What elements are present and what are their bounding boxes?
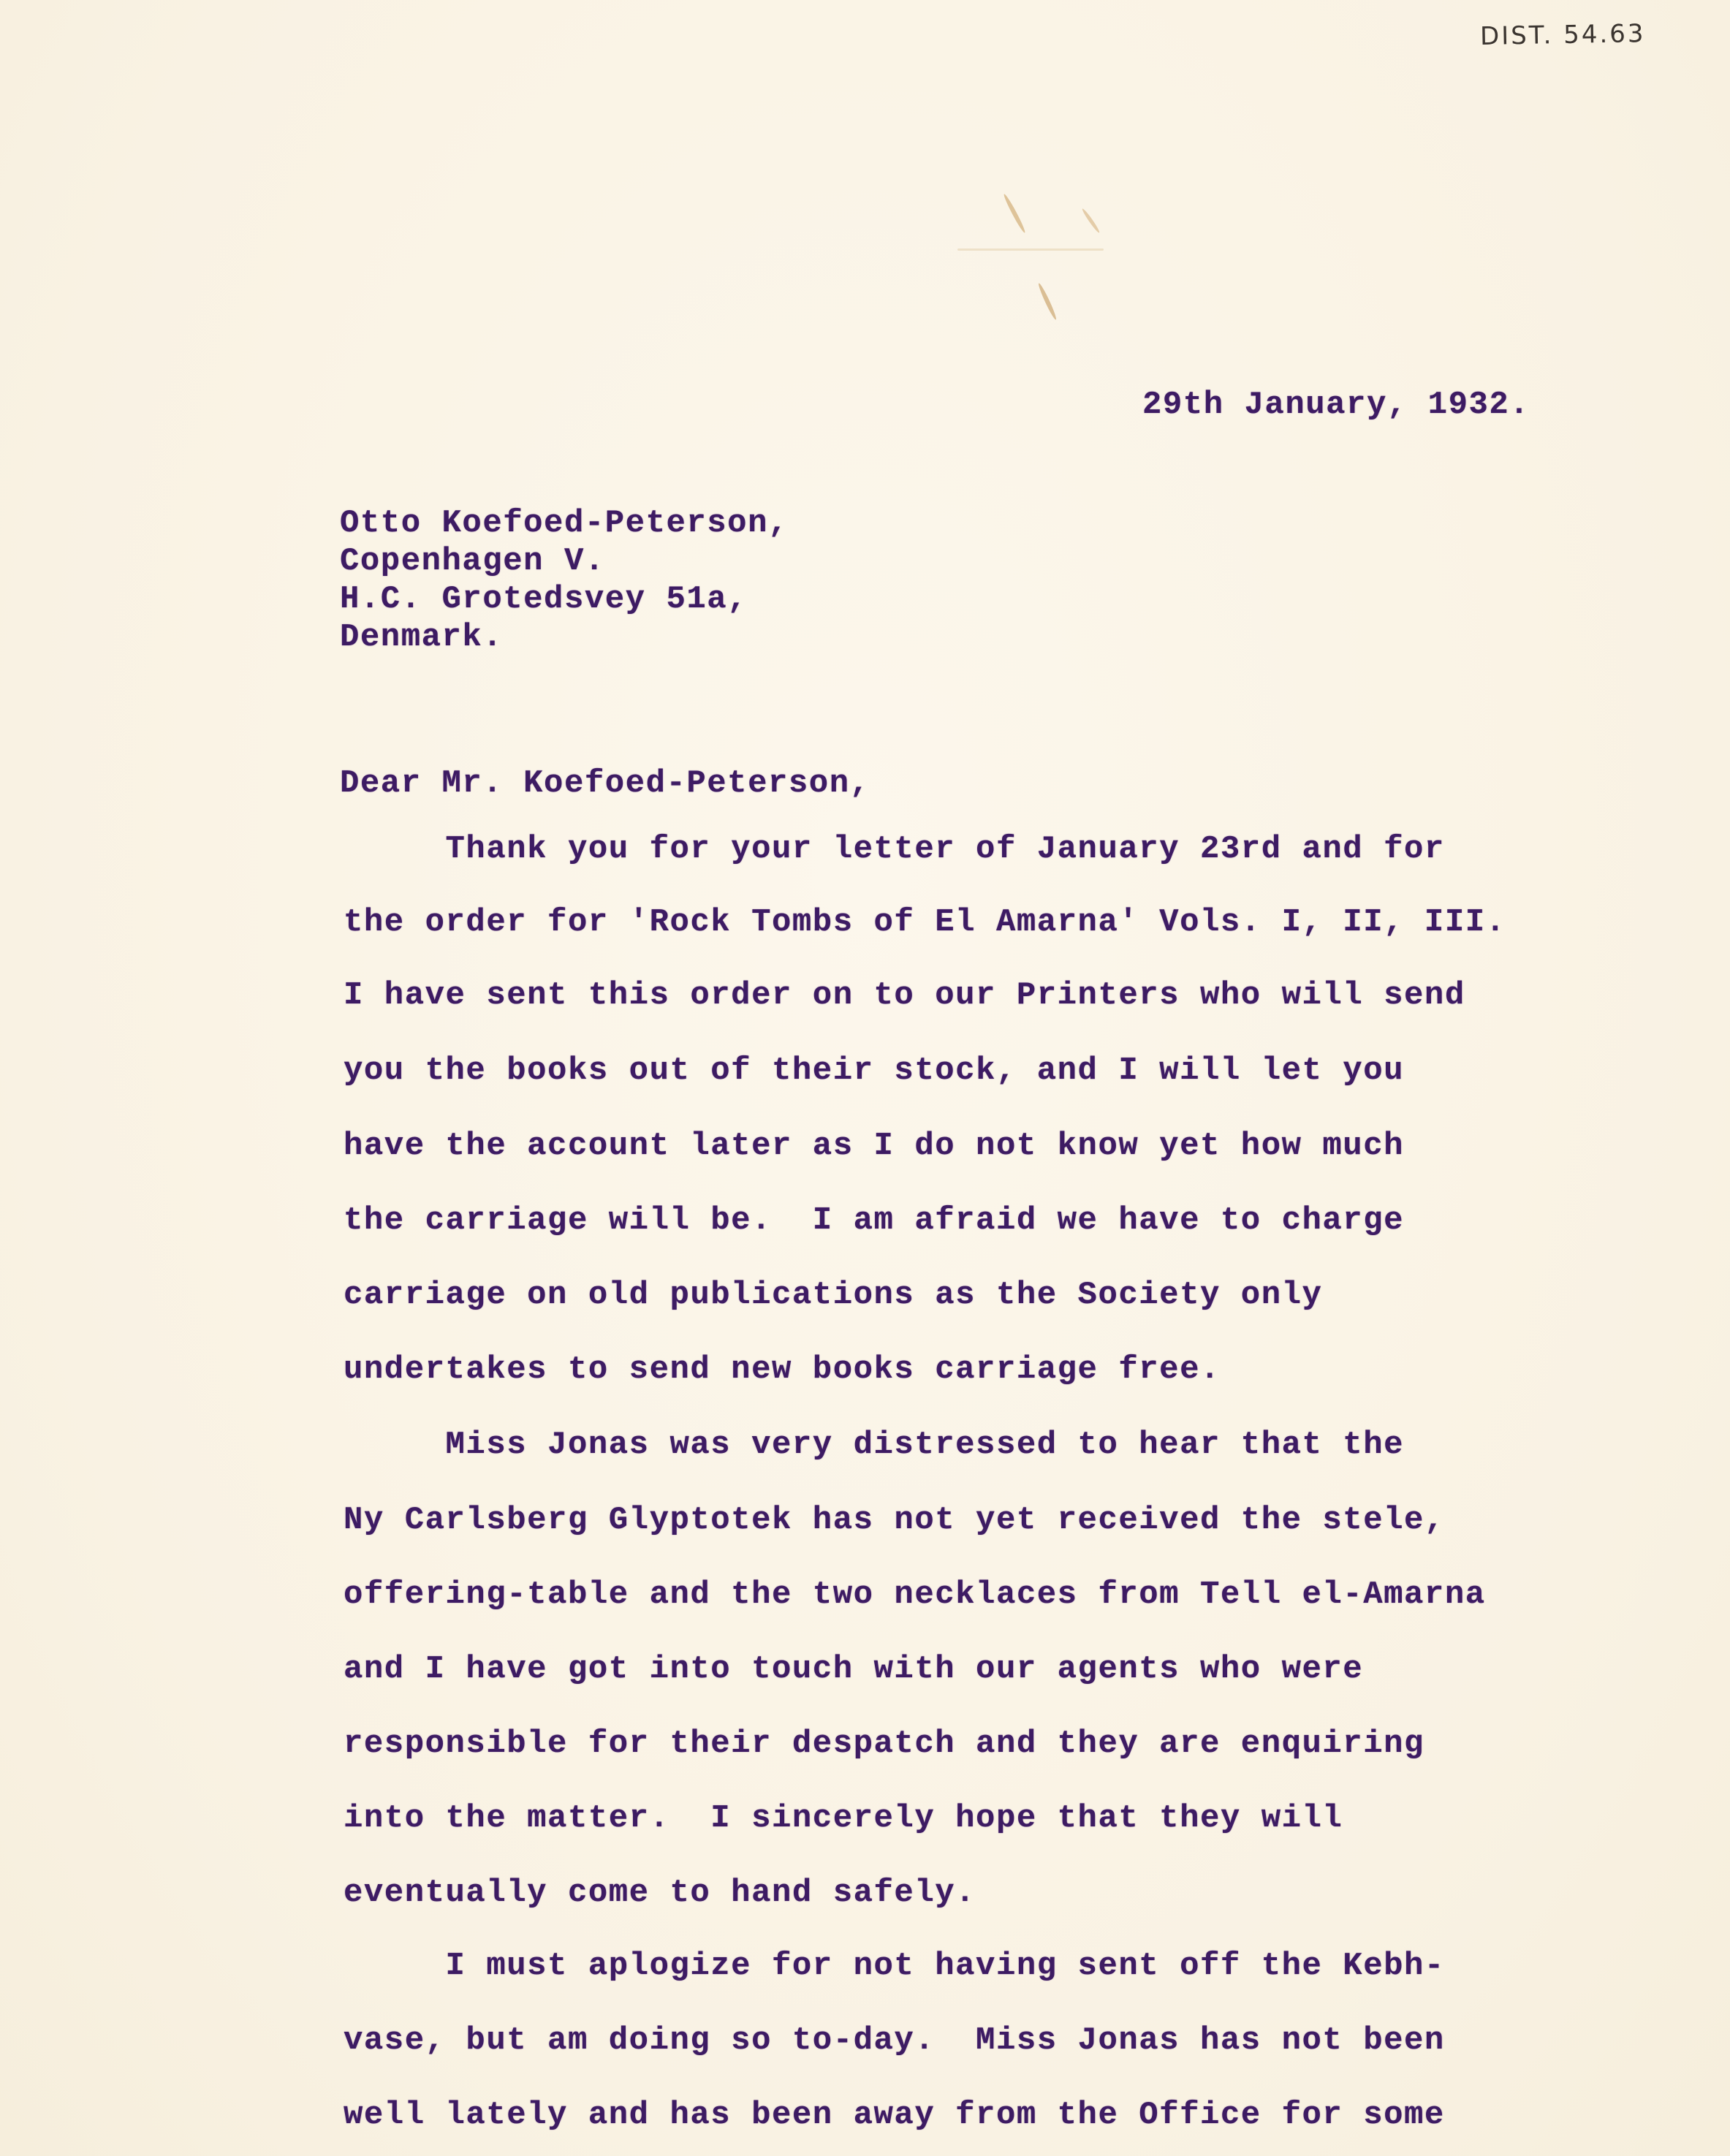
body-text-line: vase, but am doing so to-day. Miss Jonas… — [344, 2024, 1445, 2057]
body-text-line: well lately and has been away from the O… — [344, 2099, 1445, 2131]
paper-stain-mark — [1081, 208, 1101, 234]
body-text-line: the carriage will be. I am afraid we hav… — [344, 1204, 1404, 1237]
body-text-line: responsible for their despatch and they … — [344, 1728, 1424, 1760]
salutation: Dear Mr. Koefoed-Peterson, — [340, 767, 870, 800]
paper-stain-mark — [1037, 282, 1058, 320]
body-text-line: Ny Carlsberg Glyptotek has not yet recei… — [344, 1504, 1445, 1536]
archive-reference-annotation: DIST. 54.63 — [1480, 19, 1646, 51]
body-text-line: offering-table and the two necklaces fro… — [344, 1579, 1486, 1611]
address-line: H.C. Grotedsvey 51a, — [340, 583, 748, 615]
body-text-line: undertakes to send new books carriage fr… — [344, 1354, 1221, 1386]
body-text-line: and I have got into touch with our agent… — [344, 1653, 1363, 1685]
letter-date: 29th January, 1932. — [1142, 389, 1530, 421]
body-text-line: the order for 'Rock Tombs of El Amarna' … — [344, 906, 1506, 938]
address-line: Denmark. — [340, 621, 503, 653]
body-text-line: you the books out of their stock, and I … — [344, 1055, 1404, 1087]
body-text-line: carriage on old publications as the Soci… — [344, 1279, 1322, 1311]
address-line: Copenhagen V. — [340, 545, 605, 577]
letter-page: DIST. 54.63 29th January, 1932. Otto Koe… — [0, 0, 1730, 2156]
paper-stain-mark — [1002, 193, 1026, 234]
body-text-line: I must aplogize for not having sent off … — [344, 1950, 1445, 1982]
address-line: Otto Koefoed-Peterson, — [340, 507, 789, 539]
paper-stain-mark — [957, 248, 1104, 251]
body-text-line: eventually come to hand safely. — [344, 1877, 976, 1909]
body-text-line: into the matter. I sincerely hope that t… — [344, 1802, 1343, 1834]
body-text-line: Thank you for your letter of January 23r… — [344, 833, 1445, 865]
body-text-line: Miss Jonas was very distressed to hear t… — [344, 1429, 1404, 1461]
body-text-line: have the account later as I do not know … — [344, 1130, 1404, 1162]
body-text-line: I have sent this order on to our Printer… — [344, 979, 1465, 1011]
